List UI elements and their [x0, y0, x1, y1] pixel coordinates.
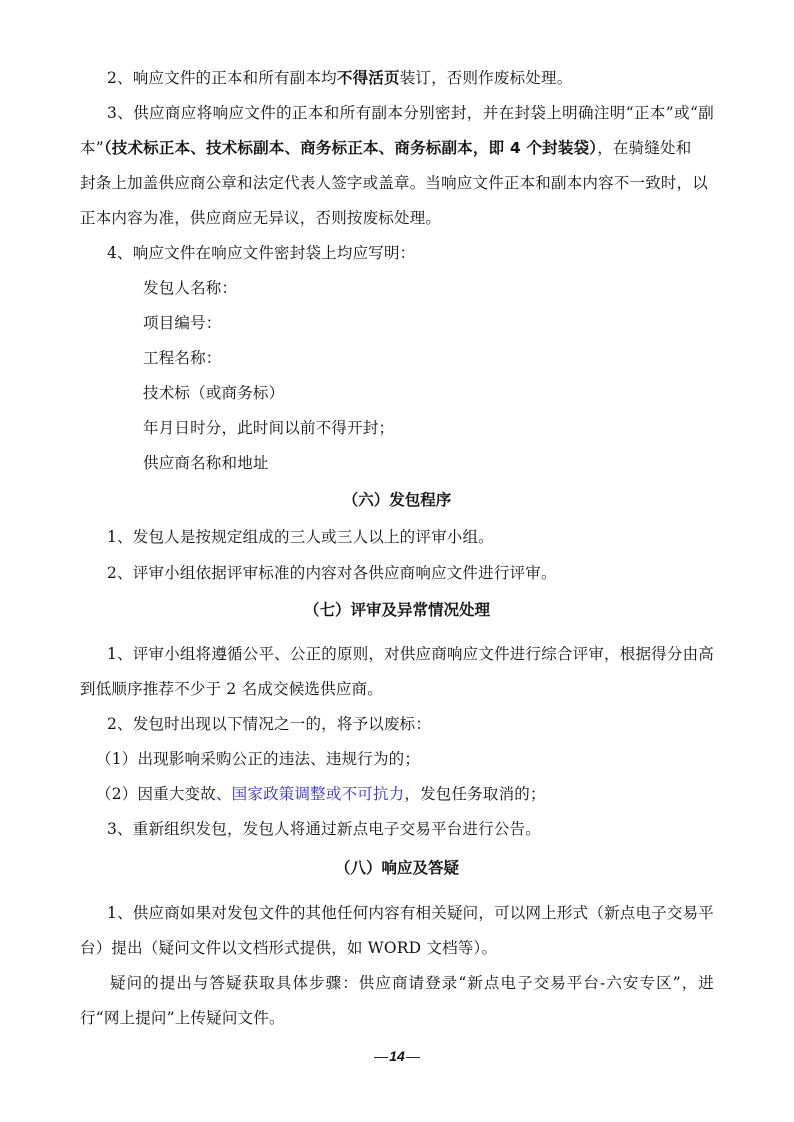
- list-item: 1、发包人是按规定组成的三人或三人以上的评审小组。: [107, 527, 741, 547]
- paragraph-sealing-line2: 本”（技术标正本、技术标副本、商务标正本、商务标副本，即 4 个封装袋），在骑缝…: [80, 138, 714, 158]
- text: 1、供应商如果对发包文件的其他任何内容有相关疑问，可以网上形式（新点电子交易平: [107, 903, 714, 923]
- text: 本”: [80, 139, 104, 157]
- page-number-value: 14: [389, 1048, 405, 1064]
- text: （2）因重大变故: [96, 785, 216, 803]
- envelope-item: 项目编号：: [143, 313, 777, 333]
- envelope-item: 工程名称：: [143, 348, 777, 368]
- text: ，在骑缝处和: [597, 139, 691, 157]
- highlighted-text: 、国家政策调整或不可抗力: [216, 785, 404, 803]
- paragraph-sealing-line1: 3、供应商应将响应文件的正本和所有副本分别密封，并在封袋上明确注明“正本”或“副: [107, 103, 714, 123]
- text: 装订，否则作废标处理。: [400, 69, 573, 87]
- emphasis-text: 不得活页: [337, 69, 400, 87]
- text: 4、响应文件在响应文件密封袋上均应写明：: [107, 244, 415, 262]
- paragraph-sealing-line4: 正本内容为准，供应商应无异议，否则按废标处理。: [80, 208, 714, 228]
- list-item-line1: 1、供应商如果对发包文件的其他任何内容有相关疑问，可以网上形式（新点电子交易平: [107, 903, 714, 923]
- sub-item: （2）因重大变故、国家政策调整或不可抗力，发包任务取消的；: [96, 784, 730, 804]
- envelope-item: 技术标（或商务标）: [143, 383, 777, 403]
- envelope-item: 供应商名称和地址: [143, 453, 777, 473]
- text: ，发包任务取消的；: [404, 785, 545, 803]
- dash-decoration: [406, 1057, 420, 1058]
- text: 正本内容为准，供应商应无异议，否则按废标处理。: [80, 209, 441, 227]
- text: 3、供应商应将响应文件的正本和所有副本分别密封，并在封袋上明确注明“正本”或“副: [107, 103, 714, 123]
- list-item: 2、发包时出现以下情况之一的，将予以废标：: [107, 714, 741, 734]
- text: 2、响应文件的正本和所有副本均: [107, 69, 337, 87]
- envelope-item: 发包人名称：: [143, 278, 777, 298]
- list-item: 2、评审小组依据评审标准的内容对各供应商响应文件进行评审。: [107, 563, 741, 583]
- page-number: 14: [0, 1048, 794, 1064]
- envelope-item: 年月日时分，此时间以前不得开封；: [143, 418, 777, 438]
- section-heading-contracting-procedure: （六）发包程序: [0, 490, 794, 510]
- list-item-line2: 到低顺序推荐不少于 2 名成交候选供应商。: [80, 679, 714, 699]
- list-item: 3、重新组织发包，发包人将通过新点电子交易平台进行公告。: [107, 819, 741, 839]
- sub-item: （1）出现影响采购公正的违法、违规行为的；: [96, 749, 730, 769]
- text: 疑问的提出与答疑获取具体步骤：供应商请登录“新点电子交易平台-六安专区”，进: [110, 973, 714, 993]
- list-item-line2: 台）提出（疑问文件以文档形式提供，如 WORD 文档等）。: [80, 938, 714, 958]
- text: 1、评审小组将遵循公平、公正的原则，对供应商响应文件进行综合评审，根据得分由高: [107, 644, 714, 664]
- paragraph-binding-rule: 2、响应文件的正本和所有副本均不得活页装订，否则作废标处理。: [107, 68, 741, 88]
- document-page: 2、响应文件的正本和所有副本均不得活页装订，否则作废标处理。 3、供应商应将响应…: [0, 0, 794, 1122]
- paragraph-line1: 疑问的提出与答疑获取具体步骤：供应商请登录“新点电子交易平台-六安专区”，进: [110, 973, 714, 993]
- section-heading-review: （七）评审及异常情况处理: [0, 600, 794, 620]
- paragraph-line2: 行“网上提问”上传疑问文件。: [80, 1008, 714, 1028]
- dash-decoration: [374, 1057, 388, 1058]
- list-item-line1: 1、评审小组将遵循公平、公正的原则，对供应商响应文件进行综合评审，根据得分由高: [107, 644, 714, 664]
- text: 封条上加盖供应商公章和法定代表人签字或盖章。当响应文件正本和副本内容不一致时，以: [80, 174, 708, 192]
- emphasis-text: （技术标正本、技术标副本、商务标正本、商务标副本，即 4 个封装袋）: [104, 139, 597, 157]
- section-heading-response-qa: （八）响应及答疑: [0, 858, 794, 878]
- paragraph-envelope-label: 4、响应文件在响应文件密封袋上均应写明：: [107, 243, 741, 263]
- paragraph-sealing-line3: 封条上加盖供应商公章和法定代表人签字或盖章。当响应文件正本和副本内容不一致时，以: [80, 173, 714, 193]
